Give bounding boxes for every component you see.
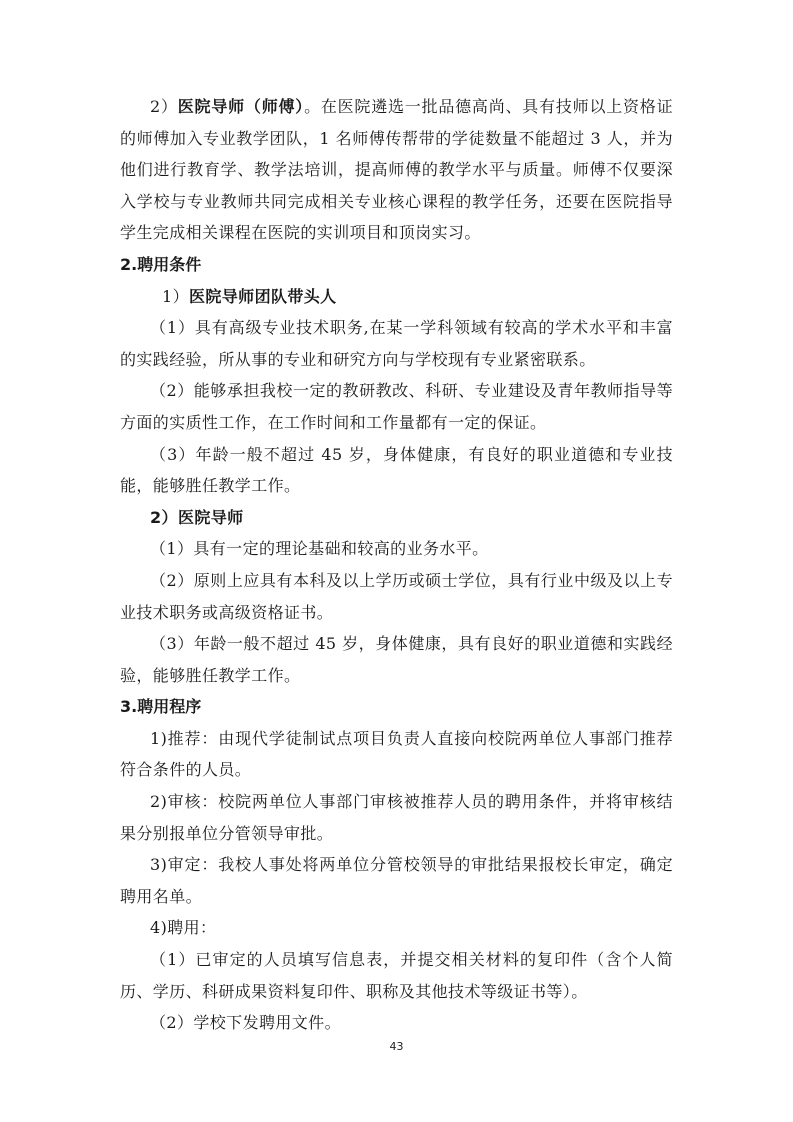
intro-lead-title: 医院导师（师傅） — [178, 97, 304, 116]
subheading-title: 医院导师 — [178, 508, 244, 527]
section-heading-hiring-conditions: 2.聘用条件 — [120, 249, 673, 281]
hiring-item-1: （1）已审定的人员填写信息表，并提交相关材料的复印件（含个人简历、学历、科研成果… — [120, 944, 673, 1007]
leader-condition-2: （2）能够承担我校一定的教研教改、科研、专业建设及青年教师指导等方面的实质性工作… — [120, 375, 673, 438]
hiring-item-2: （2）学校下发聘用文件。 — [120, 1007, 673, 1039]
page-number: 43 — [0, 1040, 793, 1053]
subheading-team-leader: 1）医院导师团队带头人 — [120, 281, 673, 313]
subheading-number: 2） — [150, 508, 178, 527]
leader-condition-1: （1）具有高级专业技术职务,在某一学科领域有较高的学术水平和丰富的实践经验，所从… — [120, 312, 673, 375]
procedure-step-recommend: 1)推荐：由现代学徒制试点项目负责人直接向校院两单位人事部门推荐符合条件的人员。 — [120, 723, 673, 786]
document-page-body: 2）医院导师（师傅）。在医院遴选一批品德高尚、具有技师以上资格证的师傅加入专业教… — [120, 91, 673, 1039]
procedure-step-approve: 3)审定：我校人事处将两单位分管校领导的审批结果报校长审定，确定聘用名单。 — [120, 849, 673, 912]
subheading-title: 医院导师团队带头人 — [189, 287, 337, 306]
mentor-condition-3: （3）年龄一般不超过 45 岁，身体健康，具有良好的职业道德和实践经验，能够胜任… — [120, 628, 673, 691]
intro-paragraph: 2）医院导师（师傅）。在医院遴选一批品德高尚、具有技师以上资格证的师傅加入专业教… — [120, 91, 673, 249]
subheading-hospital-mentor: 2）医院导师 — [120, 502, 673, 534]
intro-lead-number: 2） — [150, 97, 178, 116]
subheading-number: 1） — [162, 287, 189, 306]
mentor-condition-1: （1）具有一定的理论基础和较高的业务水平。 — [120, 533, 673, 565]
procedure-step-hire: 4)聘用： — [120, 912, 673, 944]
mentor-condition-2: （2）原则上应具有本科及以上学历或硕士学位，具有行业中级及以上专业技术职务或高级… — [120, 565, 673, 628]
procedure-step-review: 2)审核：校院两单位人事部门审核被推荐人员的聘用条件，并将审核结果分别报单位分管… — [120, 786, 673, 849]
leader-condition-3: （3）年龄一般不超过 45 岁，身体健康，有良好的职业道德和专业技能，能够胜任教… — [120, 439, 673, 502]
section-heading-hiring-procedure: 3.聘用程序 — [120, 691, 673, 723]
intro-text: 。在医院遴选一批品德高尚、具有技师以上资格证的师傅加入专业教学团队，1 名师傅传… — [120, 97, 673, 242]
